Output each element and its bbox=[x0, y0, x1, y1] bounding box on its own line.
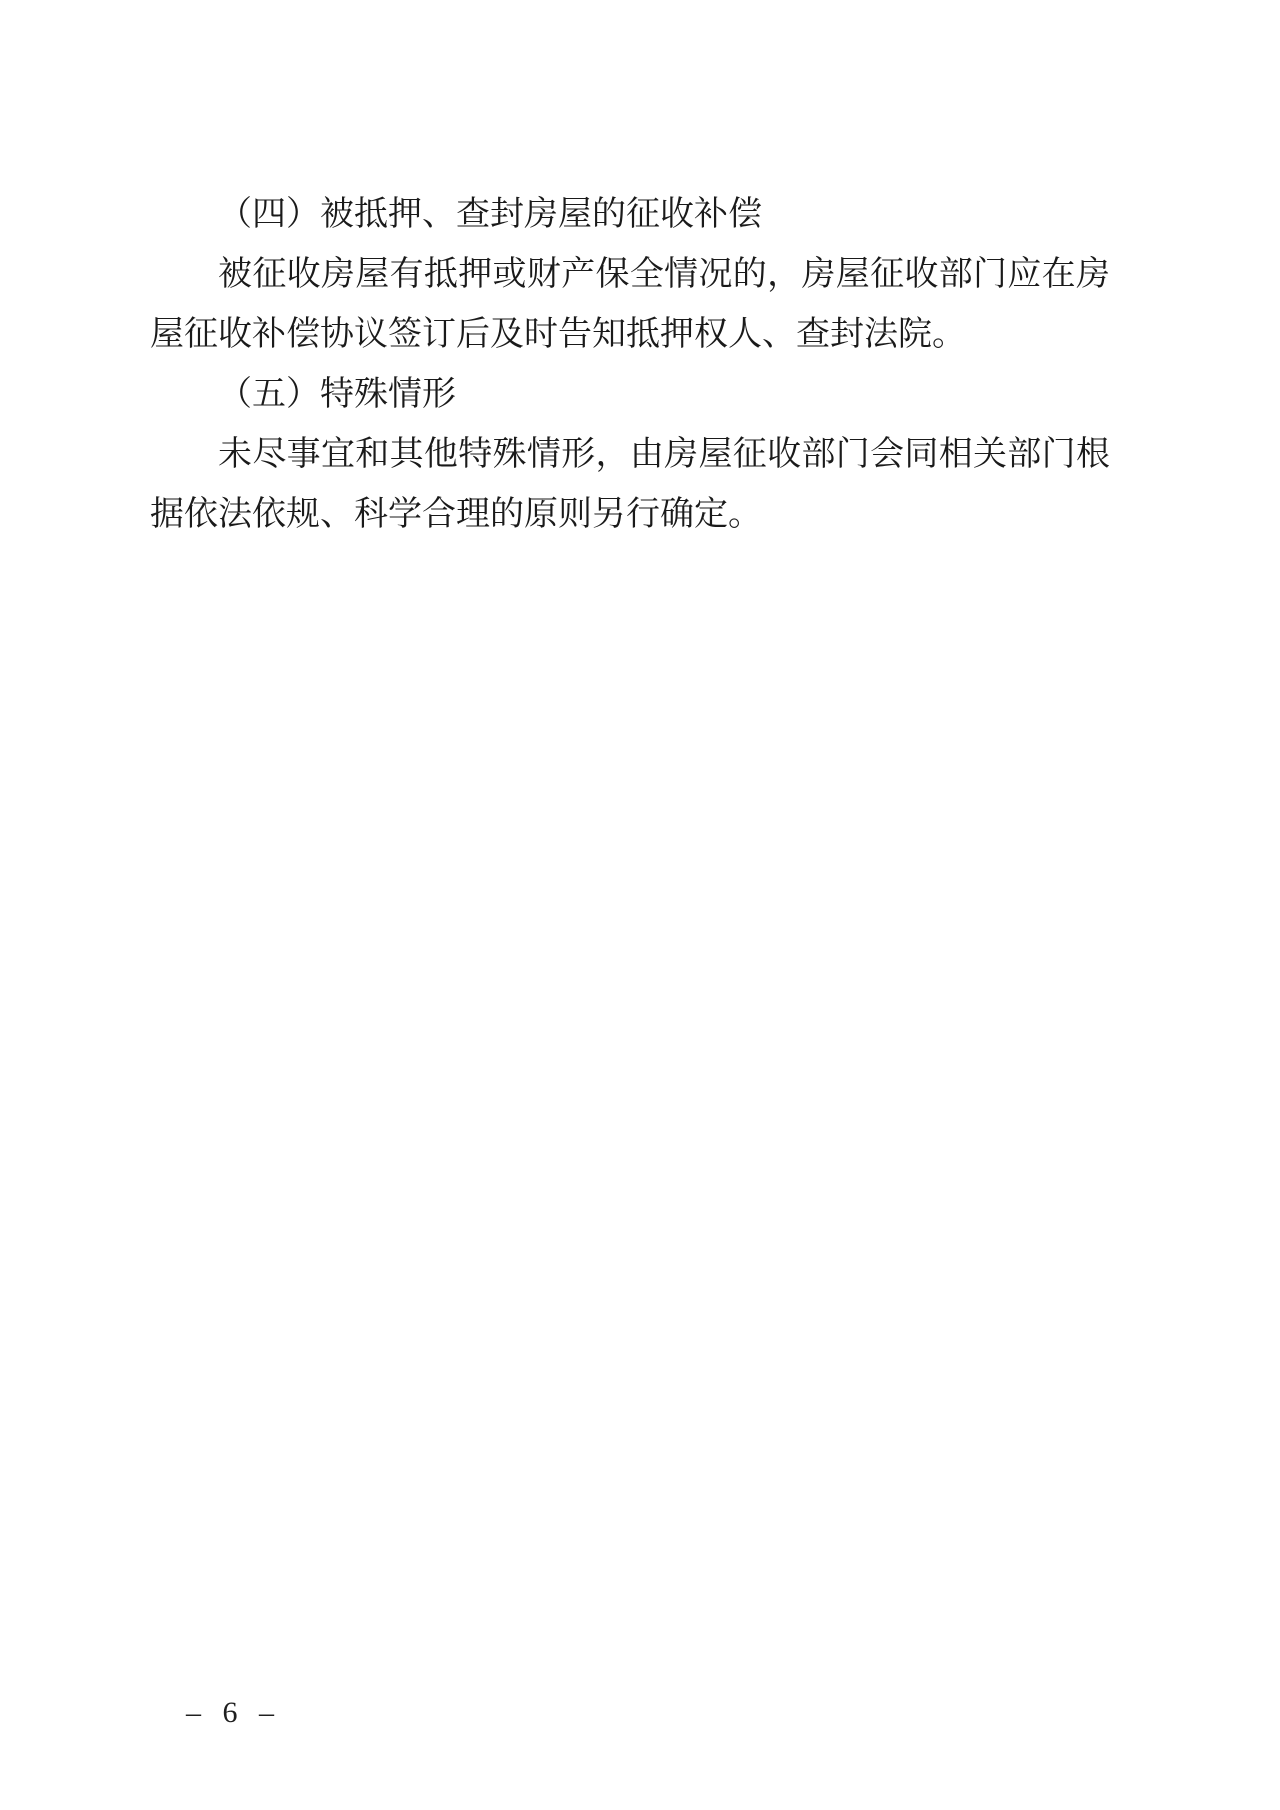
section-paragraph-5: 未尽事宜和其他特殊情形，由房屋征收部门会同相关部门根据依法依规、科学合理的原则另… bbox=[150, 425, 1110, 545]
section-paragraph-4: 被征收房屋有抵押或财产保全情况的，房屋征收部门应在房屋征收补偿协议签订后及时告知… bbox=[150, 245, 1110, 365]
section-heading-4: （四）被抵押、查封房屋的征收补偿 bbox=[150, 185, 1110, 245]
page-number: – 6 – bbox=[186, 1694, 281, 1732]
document-text-block: （四）被抵押、查封房屋的征收补偿 被征收房屋有抵押或财产保全情况的，房屋征收部门… bbox=[150, 185, 1110, 545]
section-heading-5: （五）特殊情形 bbox=[150, 365, 1110, 425]
document-page: （四）被抵押、查封房屋的征收补偿 被征收房屋有抵押或财产保全情况的，房屋征收部门… bbox=[0, 0, 1280, 1810]
